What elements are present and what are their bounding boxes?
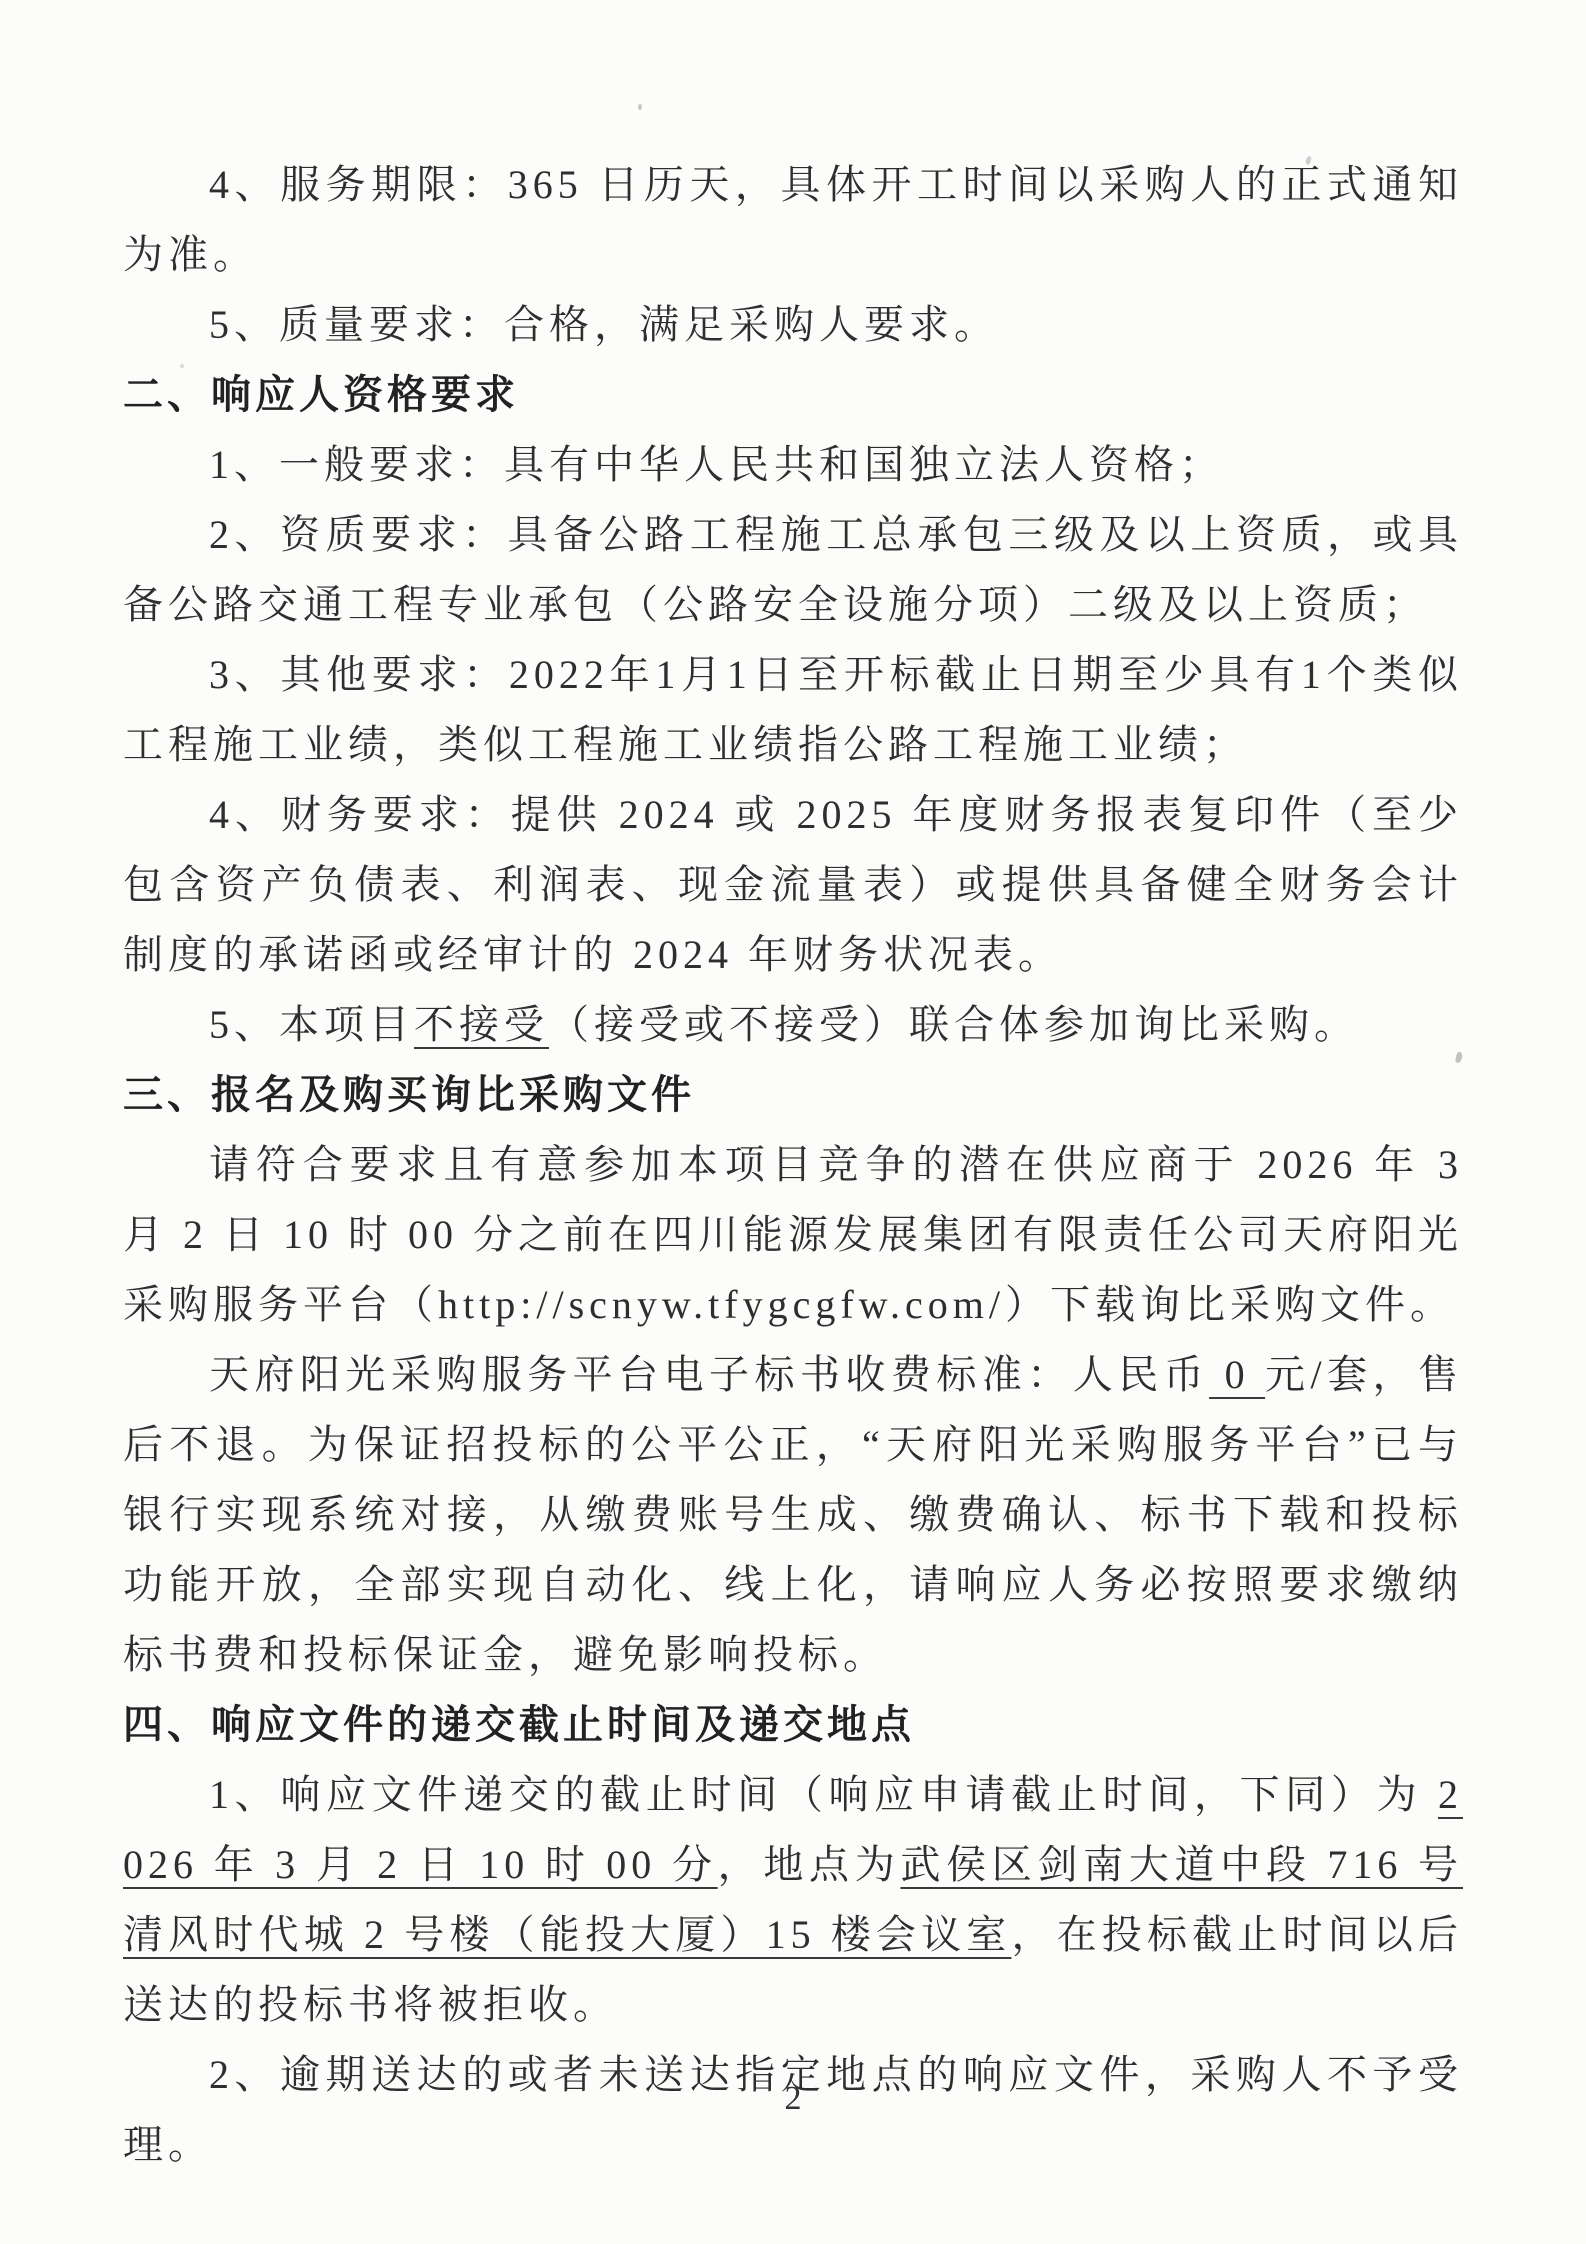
scan-speck	[638, 104, 642, 110]
paragraph: 5、质量要求：合格，满足采购人要求。	[123, 290, 1463, 360]
text-run: 请符合要求且有意参加本项目竞争的潜在供应商于 2026 年 3 月 2 日 10…	[123, 1142, 1463, 1327]
scan-speck	[180, 364, 184, 368]
underlined-text: 不接受	[414, 1002, 549, 1047]
section-heading: 四、响应文件的递交截止时间及递交地点	[123, 1690, 1463, 1760]
section-heading: 二、响应人资格要求	[123, 360, 1463, 430]
paragraph: 请符合要求且有意参加本项目竞争的潜在供应商于 2026 年 3 月 2 日 10…	[123, 1130, 1463, 1340]
text-run: 1、响应文件递交的截止时间（响应申请截止时间，下同）为	[209, 1772, 1438, 1817]
section-heading: 三、报名及购买询比采购文件	[123, 1060, 1463, 1130]
underlined-text: 0	[1209, 1352, 1265, 1397]
paragraph: 天府阳光采购服务平台电子标书收费标准：人民币 0 元/套，售后不退。为保证招投标…	[123, 1340, 1463, 1690]
text-run: 5、质量要求：合格，满足采购人要求。	[209, 302, 999, 347]
paragraph: 3、其他要求：2022年1月1日至开标截止日期至少具有1个类似工程施工业绩，类似…	[123, 640, 1463, 780]
document-body: 4、服务期限：365 日历天，具体开工时间以采购人的正式通知为准。5、质量要求：…	[123, 150, 1463, 2180]
text-run: 4、财务要求：提供 2024 或 2025 年度财务报表复印件（至少包含资产负债…	[123, 792, 1463, 977]
paragraph: 4、财务要求：提供 2024 或 2025 年度财务报表复印件（至少包含资产负债…	[123, 780, 1463, 990]
text-run: 1、一般要求：具有中华人民共和国独立法人资格；	[209, 442, 1224, 487]
paragraph: 5、本项目不接受（接受或不接受）联合体参加询比采购。	[123, 990, 1463, 1060]
text-run: 4、服务期限：365 日历天，具体开工时间以采购人的正式通知为准。	[123, 162, 1463, 277]
text-run: 二、响应人资格要求	[123, 373, 519, 417]
page-number: 2	[0, 2080, 1586, 2118]
text-run: 四、响应文件的递交截止时间及递交地点	[123, 1703, 915, 1747]
paragraph: 4、服务期限：365 日历天，具体开工时间以采购人的正式通知为准。	[123, 150, 1463, 290]
paragraph: 1、响应文件递交的截止时间（响应申请截止时间，下同）为 2026 年 3 月 2…	[123, 1760, 1463, 2040]
text-run: 3、其他要求：2022年1月1日至开标截止日期至少具有1个类似工程施工业绩，类似…	[123, 652, 1463, 767]
text-run: 2、资质要求：具备公路工程施工总承包三级及以上资质，或具备公路交通工程专业承包（…	[123, 512, 1463, 627]
text-run: （接受或不接受）联合体参加询比采购。	[549, 1002, 1359, 1047]
scanned-document-page: 4、服务期限：365 日历天，具体开工时间以采购人的正式通知为准。5、质量要求：…	[0, 0, 1586, 2244]
text-run: 元/套，售后不退。为保证招投标的公平公正，“天府阳光采购服务平台”已与银行实现系…	[123, 1352, 1463, 1677]
text-run: 5、本项目	[209, 1002, 414, 1047]
text-run: 三、报名及购买询比采购文件	[123, 1073, 695, 1117]
text-run: ，地点为	[718, 1842, 901, 1887]
paragraph: 1、一般要求：具有中华人民共和国独立法人资格；	[123, 430, 1463, 500]
text-run: 天府阳光采购服务平台电子标书收费标准：人民币	[209, 1352, 1209, 1397]
paragraph: 2、资质要求：具备公路工程施工总承包三级及以上资质，或具备公路交通工程专业承包（…	[123, 500, 1463, 640]
